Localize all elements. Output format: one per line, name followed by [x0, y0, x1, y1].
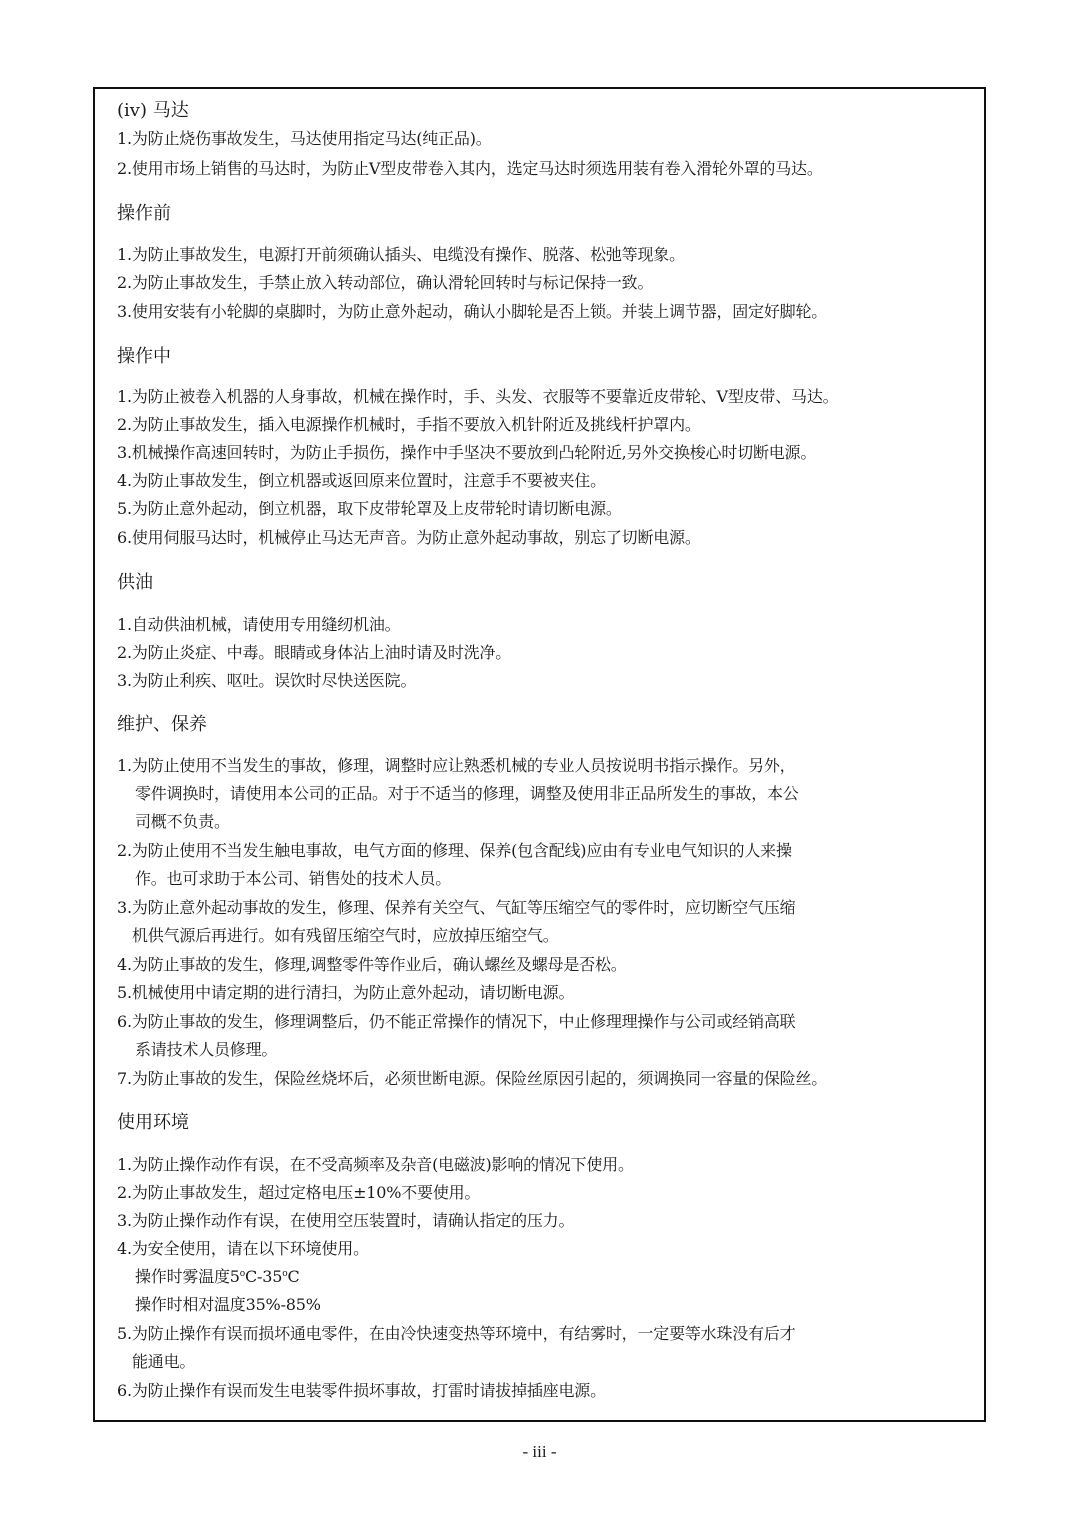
oiling-item-1: 1.自动供油机械，请使用专用缝纫机油。: [117, 614, 400, 636]
section-heading-motor: (iv) 马达: [117, 99, 189, 123]
maintenance-item-1-line-2: 零件调换时，请使用本公司的正品。对于不适当的修理，调整及使用非正品所发生的事故，…: [135, 783, 799, 805]
maintenance-item-4: 4.为防止事故的发生，修理,调整零件等作业后，确认螺丝及螺母是否松。: [117, 954, 627, 976]
section-heading-during-operation: 操作中: [117, 345, 171, 369]
section-heading-before-operation: 操作前: [117, 202, 171, 226]
during-operation-item-1: 1.为防止被卷入机器的人身事故，机械在操作时，手、头发、衣服等不要靠近皮带轮、V…: [117, 386, 838, 408]
environment-humidity-range: 操作时相对温度35%-85%: [135, 1294, 321, 1316]
oiling-item-3: 3.为防止利疾、呕吐。误饮时尽快送医院。: [117, 670, 416, 692]
maintenance-item-7: 7.为防止事故的发生，保险丝烧坏后，必须世断电源。保险丝原因引起的，须调换同一容…: [117, 1068, 827, 1090]
environment-item-1: 1.为防止操作动作有误，在不受高频率及杂音(电磁波)影响的情况下使用。: [117, 1154, 634, 1176]
during-operation-item-2: 2.为防止事故发生，插入电源操作机械时，手指不要放入机针附近及挑线杆护罩内。: [117, 414, 701, 436]
section-heading-environment: 使用环境: [117, 1111, 189, 1135]
environment-item-5-line-2: 能通电。: [132, 1351, 195, 1373]
motor-item-1: 1.为防止烧伤事故发生，马达使用指定马达(纯正品)。: [117, 128, 492, 150]
section-heading-maintenance: 维护、保养: [117, 713, 207, 737]
during-operation-item-5: 5.为防止意外起动，倒立机器，取下皮带轮罩及上皮带轮时请切断电源。: [117, 498, 622, 520]
maintenance-item-1-line-1: 1.为防止使用不当发生的事故，修理，调整时应让熟悉机械的专业人员按说明书指示操作…: [117, 755, 795, 777]
safety-notice-frame: (iv) 马达 1.为防止烧伤事故发生，马达使用指定马达(纯正品)。 2.使用市…: [93, 87, 986, 1422]
environment-item-3: 3.为防止操作动作有误，在使用空压装置时，请确认指定的压力。: [117, 1210, 574, 1232]
environment-item-5-line-1: 5.为防止操作有误而损坏通电零件，在由冷快速变热等环境中，有结雾时，一定要等水珠…: [117, 1323, 795, 1345]
before-operation-item-1: 1.为防止事故发生，电源打开前须确认插头、电缆没有操作、脱落、松弛等现象。: [117, 244, 685, 266]
section-heading-oiling: 供油: [117, 571, 153, 595]
environment-item-6: 6.为防止操作有误而发生电装零件损坏事故，打雷时请拔掉插座电源。: [117, 1380, 606, 1402]
motor-item-2: 2.使用市场上销售的马达时，为防止V型皮带卷入其内，选定马达时须选用装有卷入滑轮…: [117, 158, 823, 180]
during-operation-item-3: 3.机械操作高速回转时，为防止手损伤，操作中手坚决不要放到凸轮附近,另外交换梭心…: [117, 442, 816, 464]
maintenance-item-2-line-2: 作。也可求助于本公司、销售处的技术人员。: [135, 868, 451, 890]
maintenance-item-3-line-1: 3.为防止意外起动事故的发生，修理、保养有关空气、气缸等压缩空气的零件时，应切断…: [117, 897, 795, 919]
maintenance-item-3-line-2: 机供气源后再进行。如有残留压缩空气时，应放掉压缩空气。: [132, 925, 559, 947]
during-operation-item-4: 4.为防止事故发生，倒立机器或返回原来位置时，注意手不要被夹住。: [117, 470, 606, 492]
oiling-item-2: 2.为防止炎症、中毒。眼睛或身体沾上油时请及时洗净。: [117, 642, 511, 664]
before-operation-item-2: 2.为防止事故发生，手禁止放入转动部位，确认滑轮回转时与标记保持一致。: [117, 272, 653, 294]
environment-item-4: 4.为安全使用，请在以下环境使用。: [117, 1238, 369, 1260]
maintenance-item-5: 5.机械使用中请定期的进行清扫，为防止意外起动，请切断电源。: [117, 982, 574, 1004]
page-number: - iii -: [0, 1442, 1079, 1462]
before-operation-item-3: 3.使用安装有小轮脚的桌脚时，为防止意外起动，确认小脚轮是否上锁。并装上调节器，…: [117, 301, 827, 323]
maintenance-item-2-line-1: 2.为防止使用不当发生触电事故，电气方面的修理、保养(包含配线)应由有专业电气知…: [117, 840, 792, 862]
maintenance-item-6-line-1: 6.为防止事故的发生，修理调整后，仍不能正常操作的情况下，中止修理理操作与公司或…: [117, 1011, 795, 1033]
environment-item-2: 2.为防止事故发生，超过定格电压±10%不要使用。: [117, 1182, 480, 1204]
environment-temperature-range: 操作时雾温度5oC-35oC: [135, 1266, 299, 1288]
maintenance-item-1-line-3: 司概不负责。: [135, 811, 230, 833]
maintenance-item-6-line-2: 系请技术人员修理。: [135, 1039, 277, 1061]
during-operation-item-6: 6.使用伺服马达时，机械停止马达无声音。为防止意外起动事故，别忘了切断电源。: [117, 527, 701, 549]
